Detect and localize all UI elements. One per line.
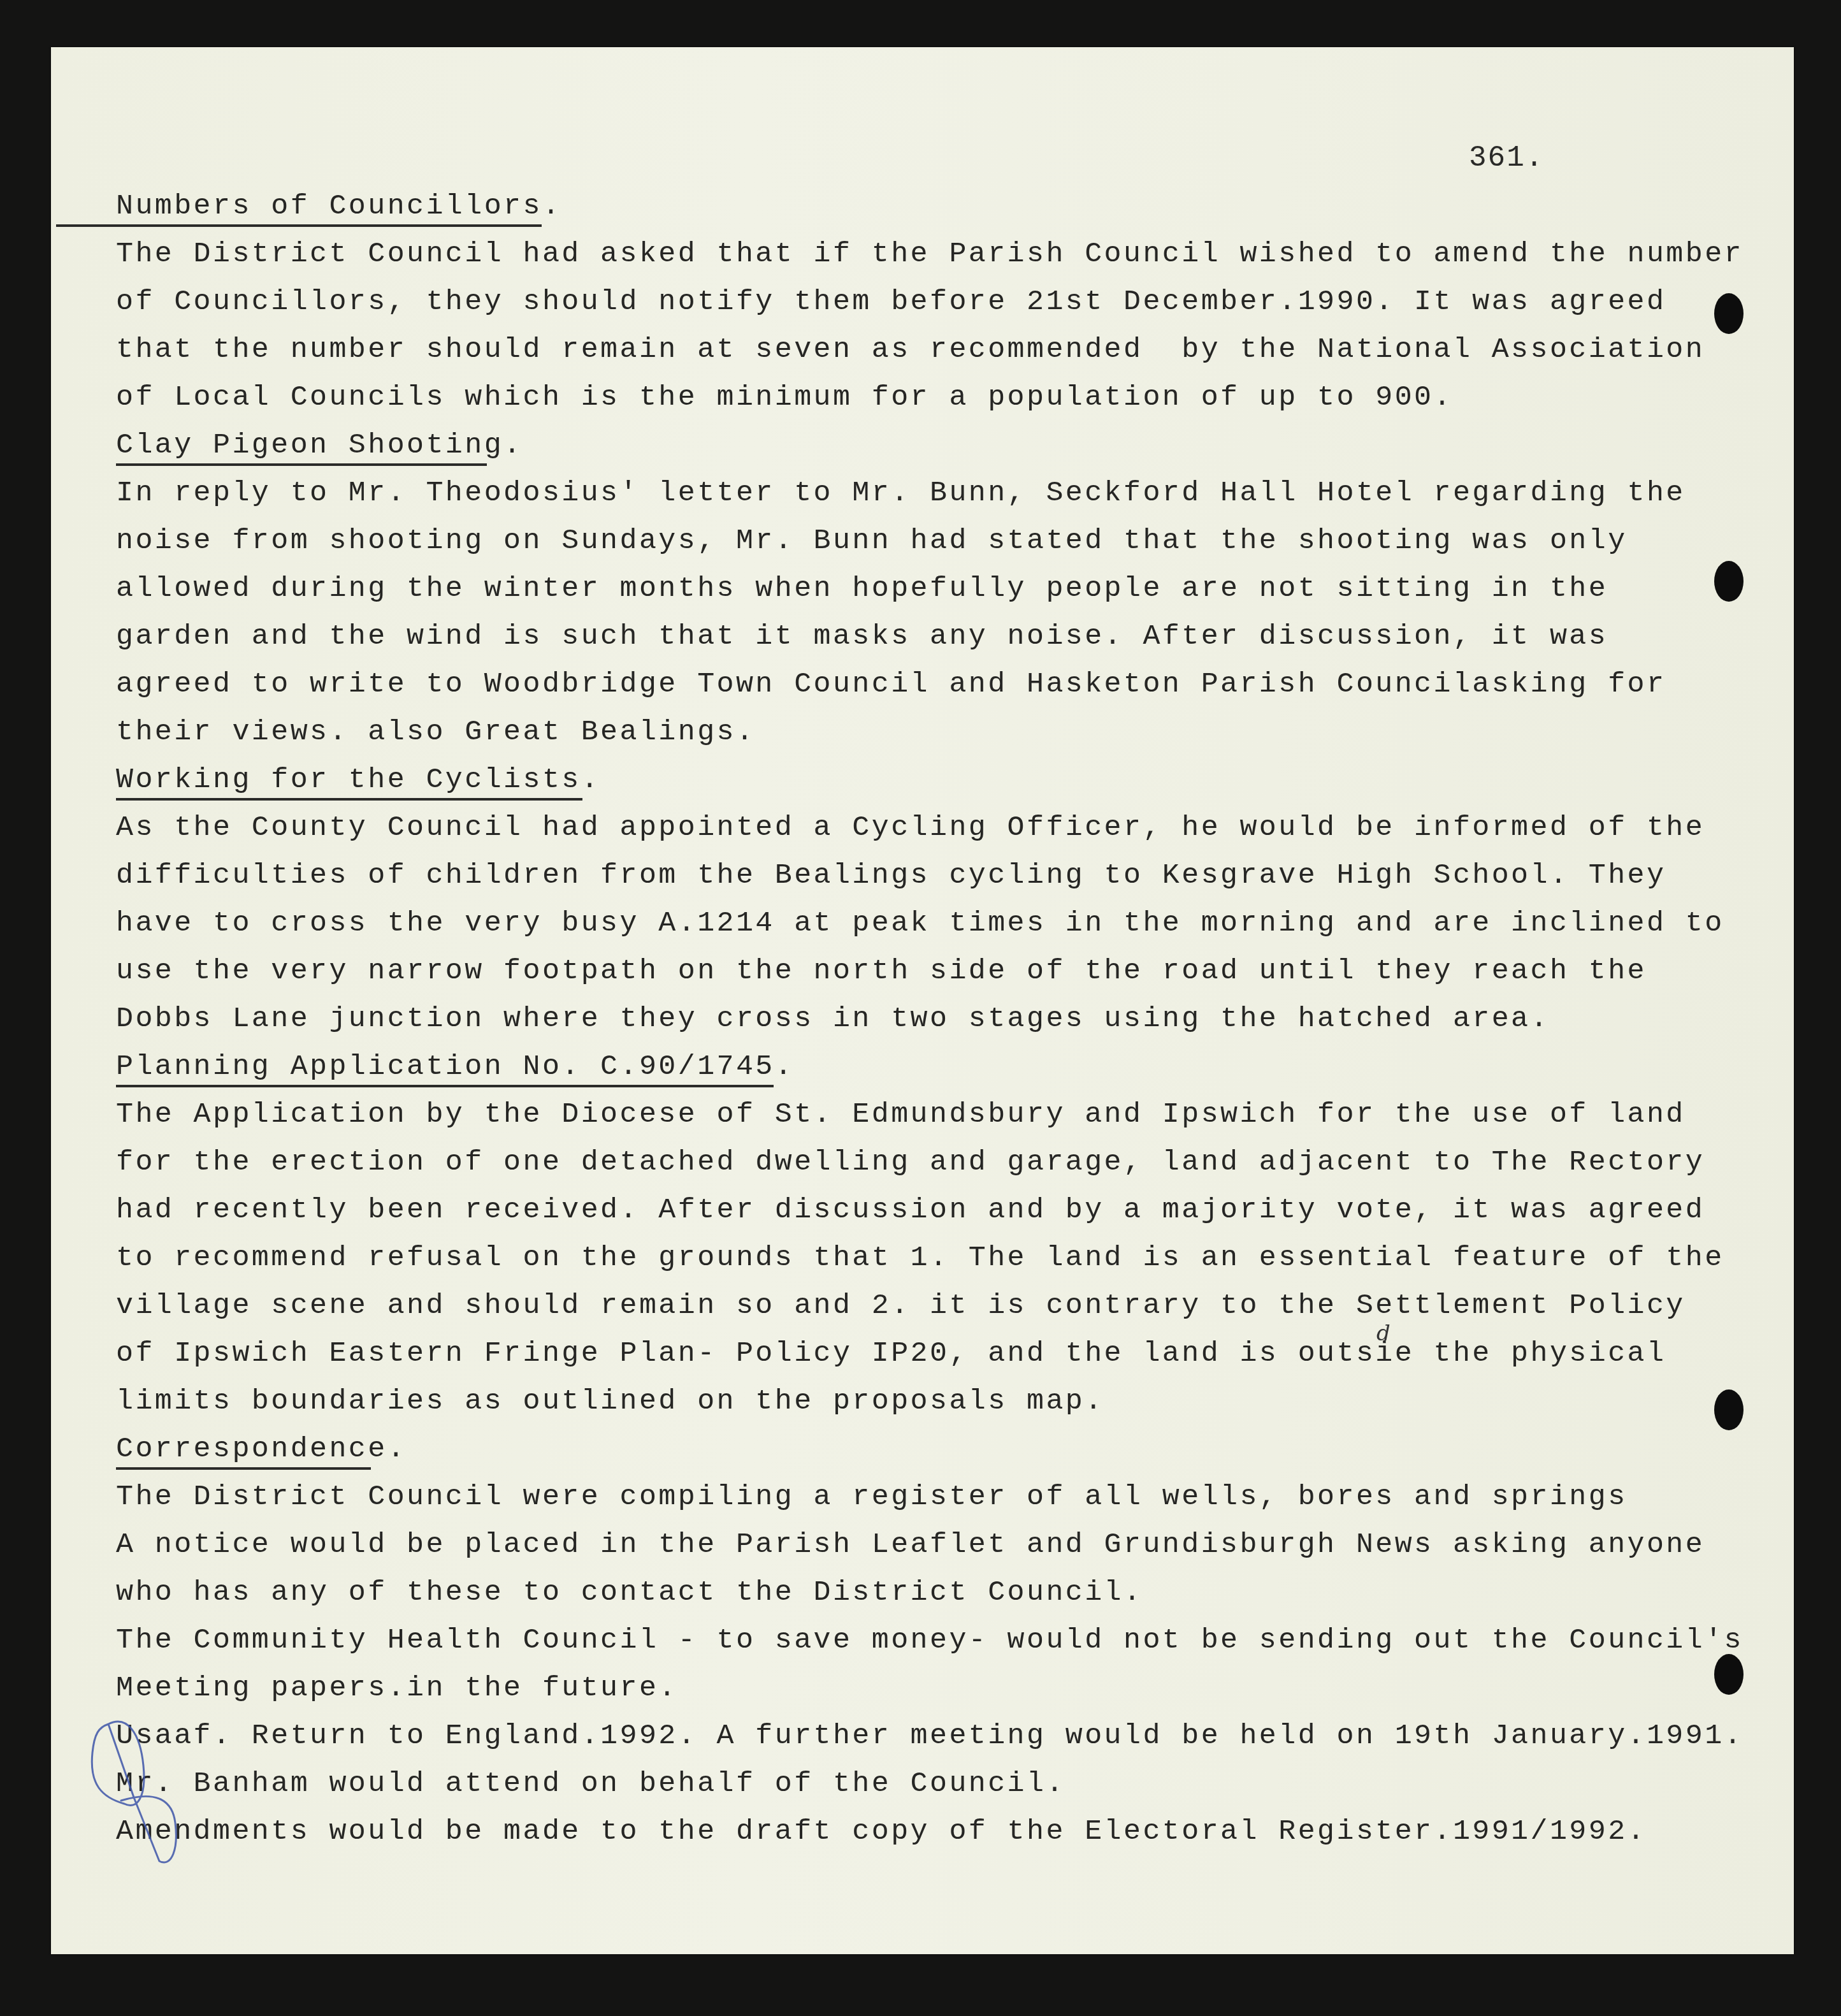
heading-underline [116,1085,774,1087]
punch-hole [1714,561,1744,602]
pen-mark-icon [83,1715,178,1867]
punch-hole [1714,1389,1744,1430]
body-line: difficulties of children from the Bealin… [116,857,1666,895]
handwritten-correction: d [1376,1321,1390,1346]
punch-hole [1714,293,1744,334]
body-line: Amendments would be made to the draft co… [116,1813,1647,1851]
body-line: use the very narrow footpath on the nort… [116,952,1647,990]
body-line: of Councillors, they should notify them … [116,283,1666,321]
heading-underline [116,463,487,466]
body-line: for the erection of one detached dwellin… [116,1143,1705,1182]
section-heading: Numbers of Councillors. [116,187,561,226]
body-line: that the number should remain at seven a… [116,331,1705,369]
heading-underline [116,798,582,801]
section-heading: Planning Application No. C.90/1745. [116,1048,794,1086]
body-line: Usaaf. Return to England.1992. A further… [116,1717,1744,1755]
body-line: garden and the wind is such that it mask… [116,618,1608,656]
body-line: who has any of these to contact the Dist… [116,1574,1143,1612]
body-line: The Application by the Diocese of St. Ed… [116,1096,1686,1134]
section-heading: Working for the Cyclists. [116,761,600,799]
section-heading: Correspondence. [116,1430,407,1468]
heading-underline [116,1467,371,1470]
body-line: agreed to write to Woodbridge Town Counc… [116,665,1666,704]
body-line: have to cross the very busy A.1214 at pe… [116,904,1724,943]
heading-underline [56,224,542,227]
section-heading: Clay Pigeon Shooting. [116,426,523,465]
body-line: of Ipswich Eastern Fringe Plan- Policy I… [116,1335,1666,1373]
page-number: 361. [1469,141,1544,175]
body-line: The District Council were compiling a re… [116,1478,1628,1516]
body-line: Dobbs Lane junction where they cross in … [116,1000,1550,1038]
body-line: allowed during the winter months when ho… [116,570,1608,608]
body-line: A notice would be placed in the Parish L… [116,1526,1705,1564]
body-line: limits boundaries as outlined on the pro… [116,1382,1104,1421]
body-line: As the County Council had appointed a Cy… [116,809,1705,847]
body-line: The Community Health Council - to save m… [116,1621,1744,1660]
body-line: their views. also Great Bealings. [116,713,755,751]
body-line: to recommend refusal on the grounds that… [116,1239,1724,1277]
body-line: The District Council had asked that if t… [116,235,1744,273]
body-line: Mr. Banham would attend on behalf of the… [116,1765,1065,1803]
body-line: of Local Councils which is the minimum f… [116,379,1453,417]
punch-hole [1714,1654,1744,1695]
body-line: Meeting papers.in the future. [116,1669,678,1708]
body-line: noise from shooting on Sundays, Mr. Bunn… [116,522,1628,560]
body-line: village scene and should remain so and 2… [116,1287,1686,1325]
body-line: had recently been received. After discus… [116,1191,1705,1229]
body-line: In reply to Mr. Theodosius' letter to Mr… [116,474,1686,512]
